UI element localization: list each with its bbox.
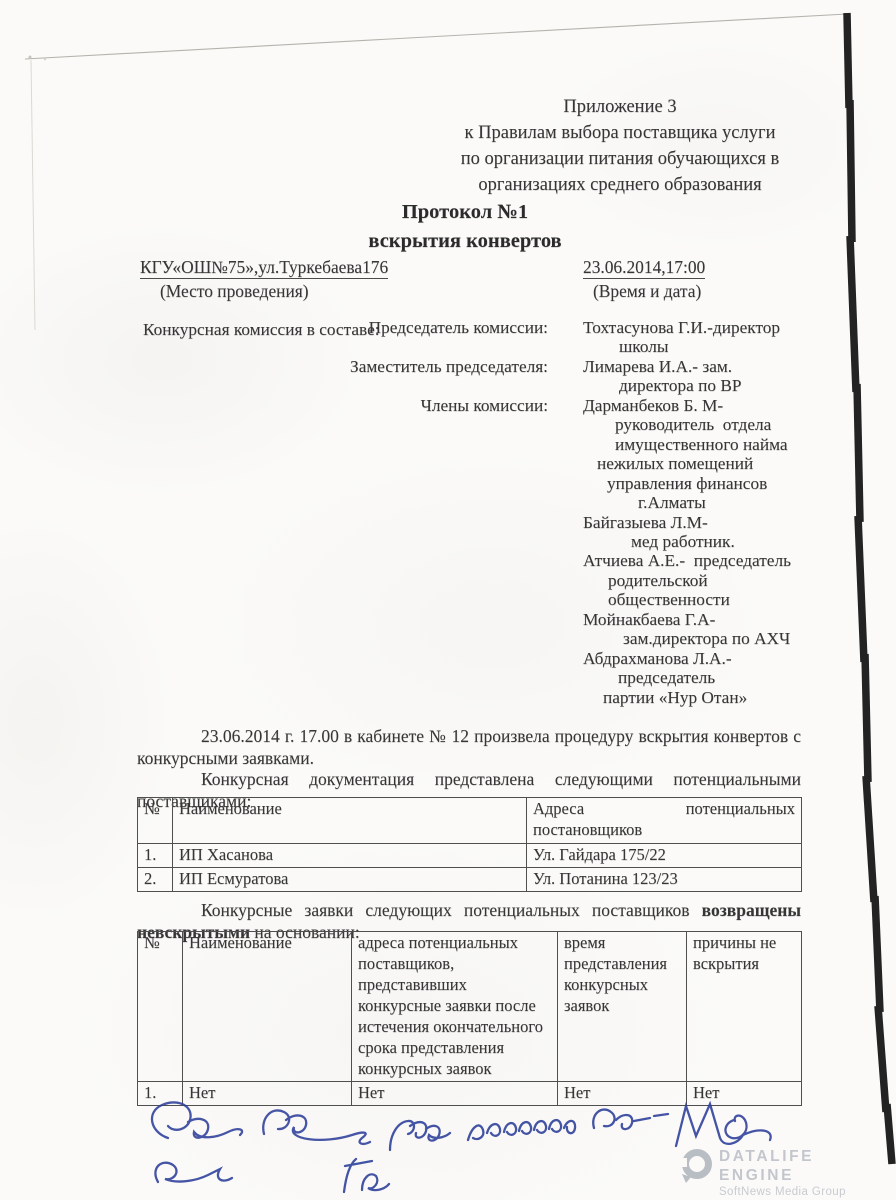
paragraph-text: Конкурсные заявки следующих потенциальны… xyxy=(201,900,690,920)
title-line-1: Протокол №1 xyxy=(270,198,660,227)
signature-stroke xyxy=(468,1120,575,1140)
signature-stroke xyxy=(155,1163,232,1182)
signature-stroke xyxy=(676,1104,771,1146)
place-value: КГУ«ОШ№75»,ул.Туркебаева176 xyxy=(140,257,388,279)
paragraph-line: 23.06.2014 г. 17.00 в кабинете № 12 прои… xyxy=(137,726,801,748)
member-line: мед работник. xyxy=(583,532,833,551)
header-number: № xyxy=(138,932,183,1082)
cell-number: 2. xyxy=(138,867,173,891)
appendix-line: организациях среднего образования xyxy=(390,172,850,198)
scan-speck xyxy=(29,56,32,59)
paragraph-line: Конкурсные заявки следующих потенциальны… xyxy=(137,900,801,922)
member-line: имущественного найма xyxy=(583,435,833,454)
appendix-line: по организации питания обучающихся в xyxy=(390,146,850,172)
member-line: общественности xyxy=(583,590,833,609)
header-name: Наименование xyxy=(183,932,352,1082)
member-line: директора по ВР xyxy=(583,376,833,395)
watermark: DataLife Engine SoftNews Media Group xyxy=(678,1147,896,1198)
member-line: родительской xyxy=(583,571,833,590)
scan-speck xyxy=(44,58,46,60)
page-right-black-edge xyxy=(847,13,892,1164)
member-line: Атчиева А.Е.- председатель xyxy=(583,551,833,570)
paragraph-bold-text: возвращены xyxy=(702,900,801,920)
role-chair-label: Председатель комиссии: xyxy=(338,318,548,338)
table-header-row: № Наименование адреса потенциальных пост… xyxy=(138,932,802,1082)
member-line: Абдрахманова Л.А.- xyxy=(583,649,833,668)
title-line-2: вскрытия конвертов xyxy=(270,227,660,256)
cell-address: Ул. Гайдара 175/22 xyxy=(527,844,802,868)
header-address-line: постановщиков xyxy=(533,820,795,841)
cell-address: Ул. Потанина 123/23 xyxy=(527,867,802,891)
cell-name: ИП Есмуратова xyxy=(173,867,527,891)
place-label: (Место проведения) xyxy=(160,281,388,302)
meta-datetime: 23.06.2014,17:00 (Время и дата) xyxy=(583,257,705,302)
table-row: 2. ИП Есмуратова Ул. Потанина 123/23 xyxy=(138,867,802,891)
appendix-block: Приложение 3 к Правилам выбора поставщик… xyxy=(390,94,850,198)
meta-place: КГУ«ОШ№75»,ул.Туркебаева176 (Место прове… xyxy=(140,257,388,302)
signature-stroke xyxy=(263,1110,370,1143)
document-title: Протокол №1 вскрытия конвертов xyxy=(270,198,660,255)
table-row: 1. ИП Хасанова Ул. Гайдара 175/22 xyxy=(138,844,802,868)
datalife-logo-icon xyxy=(678,1147,714,1185)
watermark-text: DataLife Engine SoftNews Media Group xyxy=(719,1147,896,1198)
commission-members-column: Тохтасунова Г.И.-директор школы Лимарева… xyxy=(583,318,833,707)
member-line: школы xyxy=(583,337,833,356)
page-top-edge xyxy=(25,14,847,59)
cell-name: ИП Хасанова xyxy=(173,844,527,868)
signature-stroke xyxy=(390,1121,450,1150)
paragraph-procedure: 23.06.2014 г. 17.00 в кабинете № 12 прои… xyxy=(137,726,801,769)
header-reason: причины не вскрытия xyxy=(687,932,802,1082)
member-line: председатель xyxy=(583,668,833,687)
member-line: нежилых помещений xyxy=(583,454,833,473)
member-line: зам.директора по АХЧ xyxy=(583,629,833,648)
member-line: Дарманбеков Б. М- xyxy=(583,396,833,415)
member-line: Байгазыева Л.М- xyxy=(583,513,833,532)
paragraph-line: Конкурсная документация представлена сле… xyxy=(137,769,801,791)
header-address: Адреса потенциальных постановщиков xyxy=(527,798,802,844)
member-line: Лимарева И.А.- зам. xyxy=(583,357,833,376)
header-number: № xyxy=(138,798,173,844)
datetime-value: 23.06.2014,17:00 xyxy=(583,257,705,279)
role-deputy-label: Заместитель председателя: xyxy=(338,357,548,377)
signature-stroke xyxy=(152,1102,242,1138)
header-address-line: Адреса потенциальных xyxy=(533,799,795,820)
header-time: время представления конкурсных заявок xyxy=(558,932,687,1082)
header-name: Наименование xyxy=(173,798,527,844)
role-members-label: Члены комиссии: xyxy=(338,396,548,416)
member-line: управления финансов xyxy=(583,474,833,493)
cell-number: 1. xyxy=(138,844,173,868)
member-line: Тохтасунова Г.И.-директор xyxy=(583,318,833,337)
member-line: руководитель отдела xyxy=(583,415,833,434)
watermark-subtitle: SoftNews Media Group xyxy=(719,1186,896,1198)
appendix-line: Приложение 3 xyxy=(390,94,850,120)
suppliers-table: № Наименование Адреса потенциальных пост… xyxy=(137,797,802,892)
returned-envelopes-table: № Наименование адреса потенциальных пост… xyxy=(137,931,802,1106)
member-line: партии «Нур Отан» xyxy=(583,688,833,707)
member-line: Мойнакбаева Г.А- xyxy=(583,610,833,629)
member-line: г.Алматы xyxy=(583,493,833,512)
appendix-line: к Правилам выбора поставщика услуги xyxy=(390,120,850,146)
table-header-row: № Наименование Адреса потенциальных пост… xyxy=(138,798,802,844)
signature-stroke xyxy=(593,1110,668,1130)
scanned-document-page: Приложение 3 к Правилам выбора поставщик… xyxy=(0,0,896,1200)
page-left-edge xyxy=(31,60,35,330)
paragraph-line: конкурсными заявками. xyxy=(137,748,801,770)
signature-stroke xyxy=(344,1159,389,1192)
header-address: адреса потенциальных поставщиков, предст… xyxy=(352,932,558,1082)
datetime-label: (Время и дата) xyxy=(593,281,705,302)
watermark-brand: DataLife Engine xyxy=(719,1147,896,1185)
